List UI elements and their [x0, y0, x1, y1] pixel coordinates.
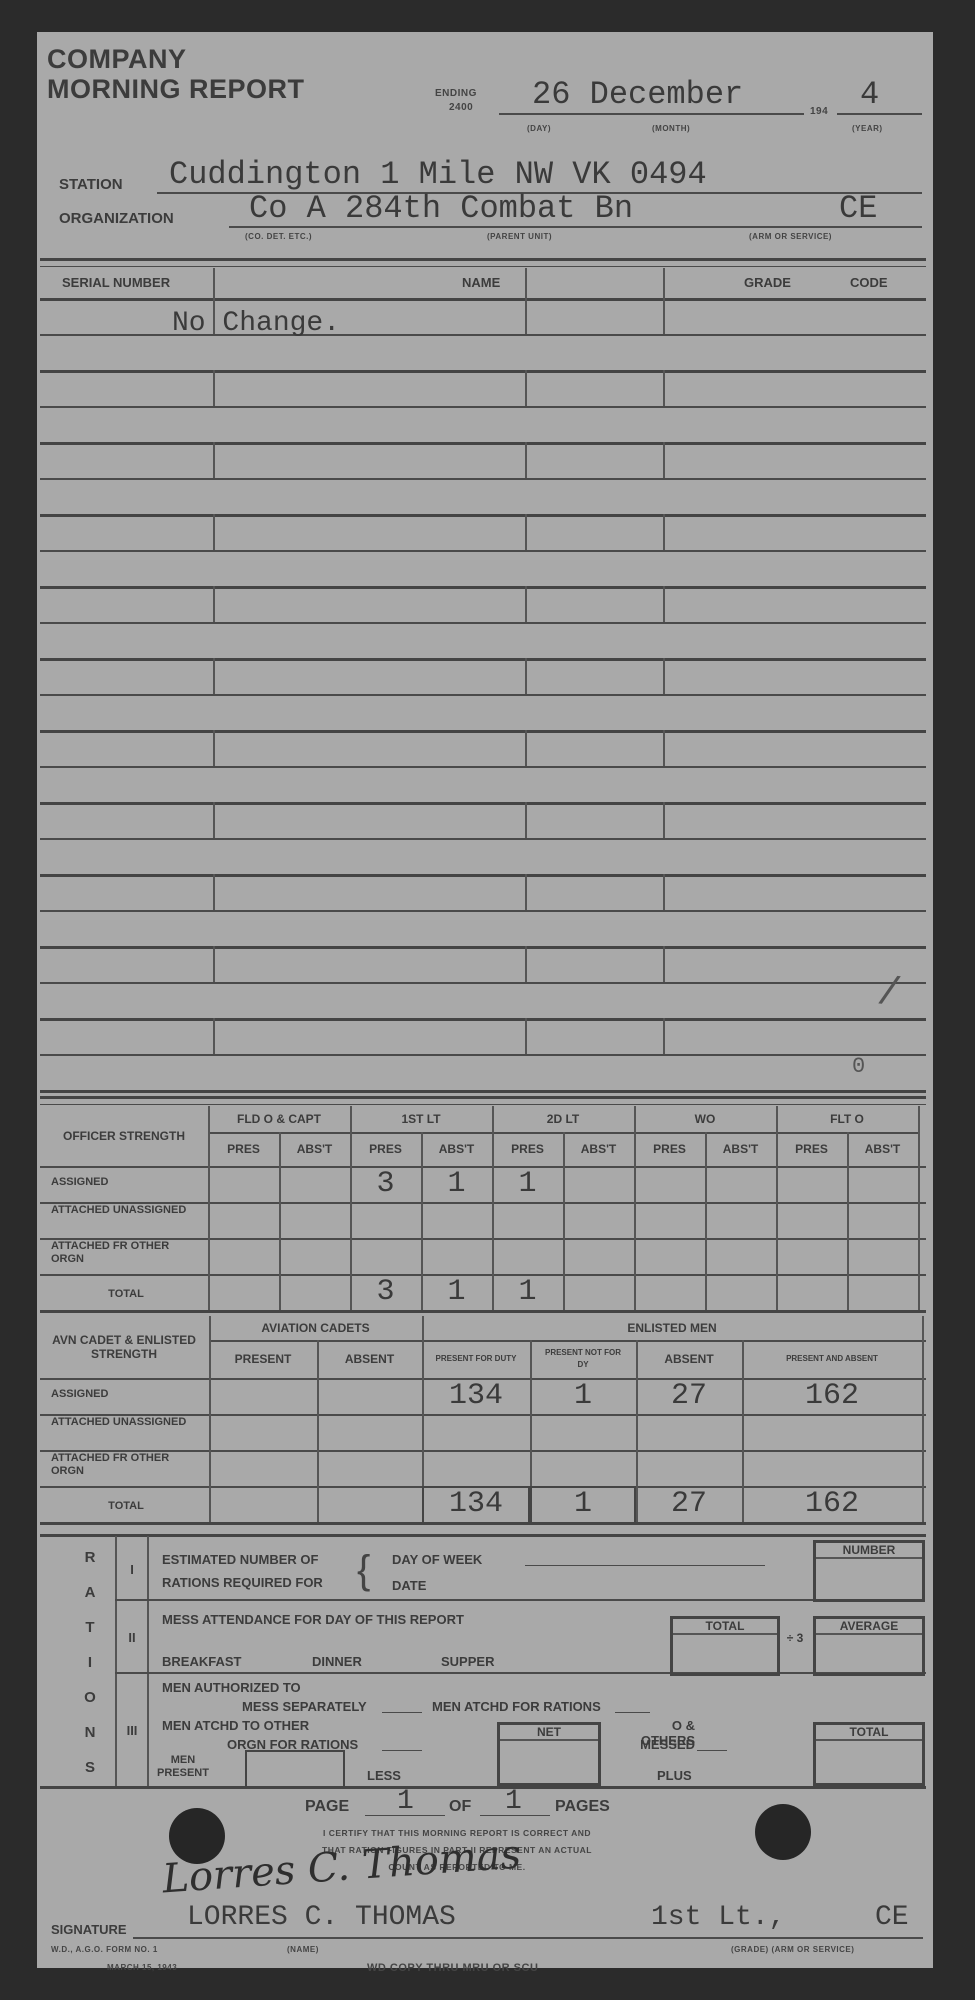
- year-caption: (YEAR): [852, 124, 883, 133]
- officer-cell[interactable]: [634, 1166, 705, 1202]
- caption-co: (CO. DET. ETC.): [245, 232, 312, 241]
- officer-group-header: WO: [634, 1106, 776, 1132]
- officer-cell[interactable]: 3: [350, 1166, 421, 1202]
- report-year: 4: [860, 76, 879, 113]
- enlisted-cell[interactable]: 1: [530, 1378, 636, 1414]
- rations-required-text: RATIONS REQUIRED FOR: [162, 1575, 323, 1590]
- officer-sub-header: ABS'T: [847, 1132, 918, 1166]
- officer-cell[interactable]: [705, 1202, 776, 1238]
- date-underline: [499, 113, 804, 115]
- officer-cell[interactable]: [847, 1166, 918, 1202]
- enlisted-row-label: ASSIGNED: [51, 1388, 201, 1401]
- officer-cell[interactable]: [208, 1274, 279, 1310]
- page-number: 1: [397, 1786, 414, 1817]
- officer-sub-header: ABS'T: [705, 1132, 776, 1166]
- enlisted-cell[interactable]: [422, 1414, 530, 1450]
- caption-parent: (PARENT UNIT): [487, 232, 552, 241]
- col-code: CODE: [850, 275, 888, 290]
- form-date: MARCH 15, 1943: [107, 1963, 177, 1972]
- month-caption: (MONTH): [652, 124, 690, 133]
- rations-side-label: RATIONS: [79, 1540, 101, 1785]
- enlisted-row-label: ATTACHED UNASSIGNED: [51, 1416, 201, 1429]
- rations-side-letter: S: [79, 1750, 101, 1785]
- men-authorized-text: MEN AUTHORIZED TO: [162, 1680, 301, 1695]
- section-3-numeral: III: [117, 1676, 147, 1784]
- officer-cell[interactable]: [634, 1238, 705, 1274]
- enlisted-col-header: ABSENT: [317, 1340, 422, 1378]
- enlisted-row-label: TOTAL: [51, 1500, 201, 1513]
- officer-cell[interactable]: 1: [492, 1274, 563, 1310]
- copy-note: WD COPY THRU MRU OR SCU: [367, 1962, 538, 1974]
- section-2-numeral: II: [117, 1602, 147, 1672]
- enlisted-cell[interactable]: [742, 1450, 922, 1486]
- officer-sub-header: PRES: [776, 1132, 847, 1166]
- officer-cell[interactable]: [847, 1238, 918, 1274]
- col-name: NAME: [462, 275, 500, 290]
- officer-row-label: ATTACHED FR OTHER ORGN: [51, 1240, 201, 1266]
- enlisted-cell[interactable]: 27: [636, 1378, 742, 1414]
- officer-cell[interactable]: [350, 1238, 421, 1274]
- station-value: Cuddington 1 Mile NW VK 0494: [169, 156, 707, 193]
- date-label: DATE: [392, 1578, 426, 1593]
- number-box-label: NUMBER: [816, 1543, 922, 1559]
- enlisted-cell[interactable]: [530, 1450, 636, 1486]
- pages-label: PAGES: [555, 1798, 610, 1816]
- men-present-box[interactable]: [245, 1750, 345, 1788]
- caption-arm: (ARM OR SERVICE): [749, 232, 832, 241]
- officer-group-header: FLT O: [776, 1106, 918, 1132]
- officer-sub-header: PRES: [492, 1132, 563, 1166]
- men-atchd-other-text: MEN ATCHD TO OTHER: [162, 1718, 309, 1733]
- officer-sub-header: PRES: [634, 1132, 705, 1166]
- enlisted-cell[interactable]: [530, 1414, 636, 1450]
- name-caption: (NAME): [287, 1945, 319, 1954]
- enlisted-strength-title: AVN CADET & ENLISTED STRENGTH: [40, 1316, 208, 1378]
- mess-separately-text: MESS SEPARATELY: [242, 1699, 367, 1714]
- report-date: 26 December: [532, 76, 743, 113]
- enlisted-cell[interactable]: 27: [636, 1486, 742, 1522]
- plus-label: PLUS: [657, 1768, 692, 1783]
- entry-row-line: [40, 514, 926, 517]
- officer-cell[interactable]: [563, 1238, 634, 1274]
- col-serial-number: SERIAL NUMBER: [62, 275, 170, 290]
- officer-group-header: 2D LT: [492, 1106, 634, 1132]
- officer-cell[interactable]: [563, 1166, 634, 1202]
- mess-attendance-text: MESS ATTENDANCE FOR DAY OF THIS REPORT: [162, 1612, 464, 1627]
- officer-sub-header: ABS'T: [279, 1132, 350, 1166]
- form-title-line2: MORNING REPORT: [47, 74, 305, 104]
- officer-cell[interactable]: [563, 1274, 634, 1310]
- officer-sub-header: PRES: [350, 1132, 421, 1166]
- men-present-label: MEN PRESENT: [153, 1754, 213, 1780]
- entry-row-line: [40, 946, 926, 949]
- signer-name: LORRES C. THOMAS: [187, 1902, 456, 1933]
- officer-cell[interactable]: [421, 1238, 492, 1274]
- officer-cell[interactable]: 3: [350, 1274, 421, 1310]
- officer-cell[interactable]: [847, 1274, 918, 1310]
- officer-cell[interactable]: [279, 1274, 350, 1310]
- officer-cell[interactable]: 1: [492, 1166, 563, 1202]
- entry-row-line: [40, 478, 926, 480]
- form-number: W.D., A.G.O. FORM NO. 1: [51, 1945, 158, 1954]
- supper-label: SUPPER: [441, 1654, 494, 1669]
- officer-cell[interactable]: [705, 1166, 776, 1202]
- form-title-line1: COMPANY: [47, 44, 187, 74]
- margin-mark-stroke: /: [875, 971, 904, 1018]
- organization-arm: CE: [839, 190, 877, 227]
- page-label: PAGE: [305, 1798, 349, 1816]
- officer-row-label: ASSIGNED: [51, 1176, 201, 1189]
- officer-cell[interactable]: [776, 1166, 847, 1202]
- officer-cell[interactable]: [776, 1238, 847, 1274]
- signer-grade: 1st Lt.,: [651, 1902, 785, 1933]
- rations-side-letter: O: [79, 1680, 101, 1715]
- entry-row-line: [40, 910, 926, 912]
- entry-row-line: [40, 370, 926, 373]
- morning-report-form: COMPANY MORNING REPORT ENDING 2400 26 De…: [37, 32, 933, 1968]
- officer-cell[interactable]: [208, 1202, 279, 1238]
- officer-cell[interactable]: [776, 1274, 847, 1310]
- section-1-numeral: I: [117, 1540, 147, 1598]
- estimated-number-text: ESTIMATED NUMBER OF: [162, 1552, 318, 1567]
- entry-row-line: [40, 658, 926, 661]
- aviation-cadets-header: AVIATION CADETS: [209, 1316, 422, 1340]
- average-label: AVERAGE: [816, 1619, 922, 1635]
- enlisted-col-header: PRESENT FOR DUTY: [422, 1340, 530, 1378]
- of-label: OF: [449, 1798, 471, 1816]
- enlisted-cell[interactable]: [742, 1414, 922, 1450]
- entry-row-line: [40, 550, 926, 552]
- enlisted-col-header: ABSENT: [636, 1340, 742, 1378]
- rations-side-letter: T: [79, 1610, 101, 1645]
- rations-side-letter: A: [79, 1575, 101, 1610]
- entry-row-line: [40, 1018, 926, 1021]
- margin-mark-zero: 0: [852, 1054, 865, 1079]
- officer-sub-header: ABS'T: [563, 1132, 634, 1166]
- average-box[interactable]: AVERAGE: [813, 1616, 925, 1676]
- entry-row-line: [40, 874, 926, 877]
- number-box[interactable]: NUMBER: [813, 1540, 925, 1602]
- officer-cell[interactable]: [279, 1166, 350, 1202]
- officer-cell[interactable]: [279, 1238, 350, 1274]
- breakfast-label: BREAKFAST: [162, 1654, 241, 1669]
- officer-cell[interactable]: [350, 1202, 421, 1238]
- total-pfd-box: [422, 1486, 530, 1524]
- entry-row-line: [40, 406, 926, 408]
- rations-total-label: TOTAL: [816, 1725, 922, 1741]
- officer-sub-header: ABS'T: [421, 1132, 492, 1166]
- organization-value: Co A 284th Combat Bn: [249, 190, 633, 227]
- enlisted-col-header: PRESENT: [209, 1340, 317, 1378]
- organization-label: ORGANIZATION: [59, 210, 174, 227]
- dinner-label: DINNER: [312, 1654, 362, 1669]
- entry-row-line: [40, 802, 926, 805]
- enlisted-cell[interactable]: 162: [742, 1486, 922, 1522]
- grade-caption: (GRADE) (ARM OR SERVICE): [731, 1945, 854, 1954]
- organization-underline: [229, 226, 922, 228]
- officer-cell[interactable]: [634, 1202, 705, 1238]
- signature-label: SIGNATURE: [51, 1922, 127, 1937]
- entry-row-line: [40, 1054, 926, 1056]
- officer-cell[interactable]: [208, 1238, 279, 1274]
- enlisted-col-header: PRESENT NOT FOR DY: [530, 1340, 636, 1378]
- enlisted-cell[interactable]: [209, 1450, 317, 1486]
- brace: {: [357, 1548, 370, 1592]
- enlisted-cell[interactable]: [209, 1414, 317, 1450]
- enlisted-col-header: PRESENT AND ABSENT: [742, 1340, 922, 1378]
- total-pages: 1: [505, 1786, 522, 1817]
- less-label: LESS: [367, 1768, 401, 1783]
- ending-time: 2400: [449, 102, 473, 113]
- officer-cell[interactable]: [563, 1202, 634, 1238]
- enlisted-cell[interactable]: [317, 1414, 422, 1450]
- entry-row-line: [40, 1090, 926, 1093]
- officer-cell[interactable]: [705, 1274, 776, 1310]
- total-pnfd-box: [530, 1486, 636, 1524]
- entry-row-line: [40, 442, 926, 445]
- rations-side-letter: N: [79, 1715, 101, 1750]
- day-of-week-label: DAY OF WEEK: [392, 1552, 482, 1567]
- enlisted-cell[interactable]: [317, 1486, 422, 1522]
- entry-row-line: [40, 694, 926, 696]
- col-grade: GRADE: [744, 275, 791, 290]
- entry-row-line: [40, 838, 926, 840]
- messed-text: MESSED: [615, 1737, 695, 1752]
- enlisted-cell[interactable]: [422, 1450, 530, 1486]
- rations-side-letter: I: [79, 1645, 101, 1680]
- entry-row-line: [40, 982, 926, 984]
- enlisted-men-header: ENLISTED MEN: [422, 1316, 922, 1340]
- enlisted-cell[interactable]: [636, 1450, 742, 1486]
- men-atchd-rations-text: MEN ATCHD FOR RATIONS: [432, 1699, 601, 1714]
- officer-cell[interactable]: [421, 1202, 492, 1238]
- station-label: STATION: [59, 176, 123, 193]
- year-underline: [837, 113, 922, 115]
- officer-cell[interactable]: [492, 1238, 563, 1274]
- entry-row-line: [40, 730, 926, 733]
- entry-row-line: [40, 766, 926, 768]
- enlisted-cell[interactable]: [209, 1486, 317, 1522]
- day-caption: (DAY): [527, 124, 551, 133]
- rations-side-letter: R: [79, 1540, 101, 1575]
- entry-row-line: [40, 622, 926, 624]
- enlisted-cell[interactable]: 162: [742, 1378, 922, 1414]
- entry-row-text: No Change.: [172, 308, 340, 339]
- officer-strength-title: OFFICER STRENGTH: [40, 1106, 208, 1166]
- present-label: PRESENT: [153, 1767, 213, 1780]
- officer-cell[interactable]: [208, 1166, 279, 1202]
- officer-row-label: TOTAL: [51, 1288, 201, 1301]
- enlisted-cell[interactable]: [317, 1378, 422, 1414]
- divide-by-three: ÷ 3: [785, 1630, 805, 1646]
- enlisted-cell[interactable]: 134: [422, 1378, 530, 1414]
- officer-group-header: 1ST LT: [350, 1106, 492, 1132]
- net-label: NET: [500, 1725, 598, 1741]
- officer-cell[interactable]: 1: [421, 1166, 492, 1202]
- year-prefix: 194: [810, 106, 828, 117]
- enlisted-cell[interactable]: [636, 1414, 742, 1450]
- officer-row-label: ATTACHED UNASSIGNED: [51, 1204, 201, 1217]
- enlisted-cell[interactable]: [209, 1378, 317, 1414]
- officer-cell[interactable]: [634, 1274, 705, 1310]
- officer-cell[interactable]: 1: [421, 1274, 492, 1310]
- signature-line[interactable]: [133, 1937, 923, 1939]
- rations-total-box[interactable]: TOTAL: [813, 1722, 925, 1786]
- officer-cell[interactable]: [705, 1238, 776, 1274]
- officer-cell[interactable]: [776, 1202, 847, 1238]
- officer-cell[interactable]: [279, 1202, 350, 1238]
- signer-arm: CE: [875, 1902, 909, 1933]
- men-label: MEN: [153, 1754, 213, 1767]
- enlisted-row-label: ATTACHED FR OTHER ORGN: [51, 1452, 201, 1478]
- entry-row-line: [40, 586, 926, 589]
- officer-cell[interactable]: [492, 1202, 563, 1238]
- officer-cell[interactable]: [847, 1202, 918, 1238]
- net-box[interactable]: NET: [497, 1722, 601, 1786]
- enlisted-cell[interactable]: [317, 1450, 422, 1486]
- officer-group-header: FLD O & CAPT: [208, 1106, 350, 1132]
- punch-hole-right: [755, 1804, 811, 1860]
- mess-total-label: TOTAL: [673, 1619, 777, 1635]
- ending-label: ENDING: [435, 88, 477, 99]
- officer-sub-header: PRES: [208, 1132, 279, 1166]
- mess-total-box[interactable]: TOTAL: [670, 1616, 780, 1676]
